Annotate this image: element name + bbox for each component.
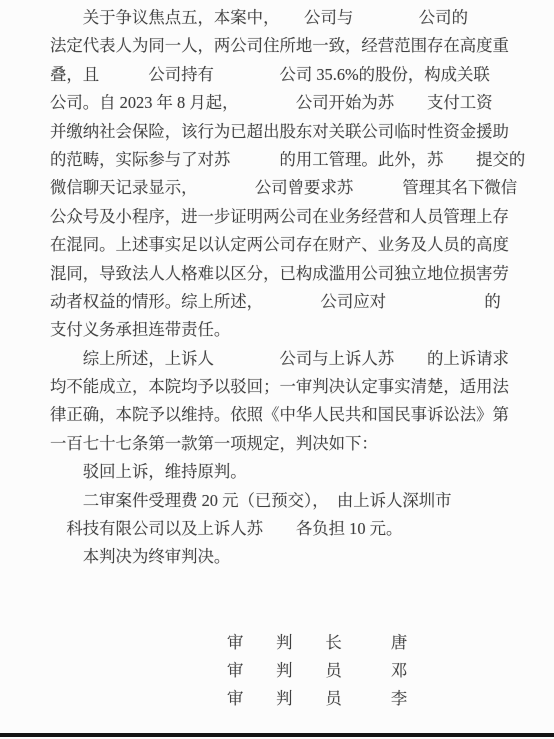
judgment-text-line: 公众号及小程序，进一步证明两公司在业务经营和人员管理上存 [50, 203, 506, 231]
judgment-text-line: 微信聊天记录显示， 公司曾要求苏 管理其名下微信 [50, 174, 506, 202]
judgment-text-line: 叠，且 公司持有 公司 35.6%的股份，构成关联 [50, 61, 506, 89]
judgment-text-line: 律正确，本院予以维持。依照《中华人民共和国民事诉讼法》第 [50, 401, 506, 429]
judgment-text-line: 支付义务承担连带责任。 [50, 316, 506, 344]
judgment-text-line: 混同，导致法人人格难以区分，已构成滥用公司独立地位损害劳 [50, 260, 506, 288]
page-bottom-edge [0, 733, 554, 737]
signature-line-judge: 审 判 员 邓 [227, 657, 506, 685]
judgment-text-line: 综上所述，上诉人 公司与上诉人苏 的上诉请求 [50, 345, 506, 373]
signature-block: 审 判 长 唐 审 判 员 邓 审 判 员 李 [50, 629, 506, 714]
judgment-text-line: 均不能成立，本院均予以驳回；一审判决认定事实清楚，适用法 [50, 373, 506, 401]
signature-line-presiding-judge: 审 判 长 唐 [227, 629, 506, 657]
judgment-text-line: 关于争议焦点五，本案中， 公司与 公司的 [50, 4, 506, 32]
judgment-text-line: 公司。自 2023 年 8 月起， 公司开始为苏 支付工资 [50, 89, 506, 117]
judgment-text-line: 动者权益的情形。综上所述， 公司应对 的 [50, 288, 506, 316]
judgment-text-line: 在混同。上述事实足以认定两公司存在财产、业务及人员的高度 [50, 231, 506, 259]
judgment-text-line: 本判决为终审判决。 [50, 543, 506, 571]
judgment-text-line: 科技有限公司以及上诉人苏 各负担 10 元。 [50, 515, 506, 543]
judgment-text-line: 二审案件受理费 20 元（已预交）， 由上诉人深圳市 [50, 487, 506, 515]
judgment-document-page: 关于争议焦点五，本案中， 公司与 公司的 法定代表人为同一人，两公司住所地一致，… [0, 0, 554, 739]
judgment-body: 关于争议焦点五，本案中， 公司与 公司的 法定代表人为同一人，两公司住所地一致，… [50, 4, 506, 714]
judgment-text-line: 驳回上诉，维持原判。 [50, 458, 506, 486]
judgment-text-line: 法定代表人为同一人，两公司住所地一致，经营范围存在高度重 [50, 32, 506, 60]
judgment-text-line: 一百七十七条第一款第一项规定，判决如下： [50, 430, 506, 458]
judgment-text-line: 的范畴，实际参与了对苏 的用工管理。此外，苏 提交的 [50, 146, 506, 174]
signature-line-judge: 审 判 员 李 [227, 685, 506, 713]
judgment-text-line: 并缴纳社会保险，该行为已超出股东对关联公司临时性资金援助 [50, 118, 506, 146]
